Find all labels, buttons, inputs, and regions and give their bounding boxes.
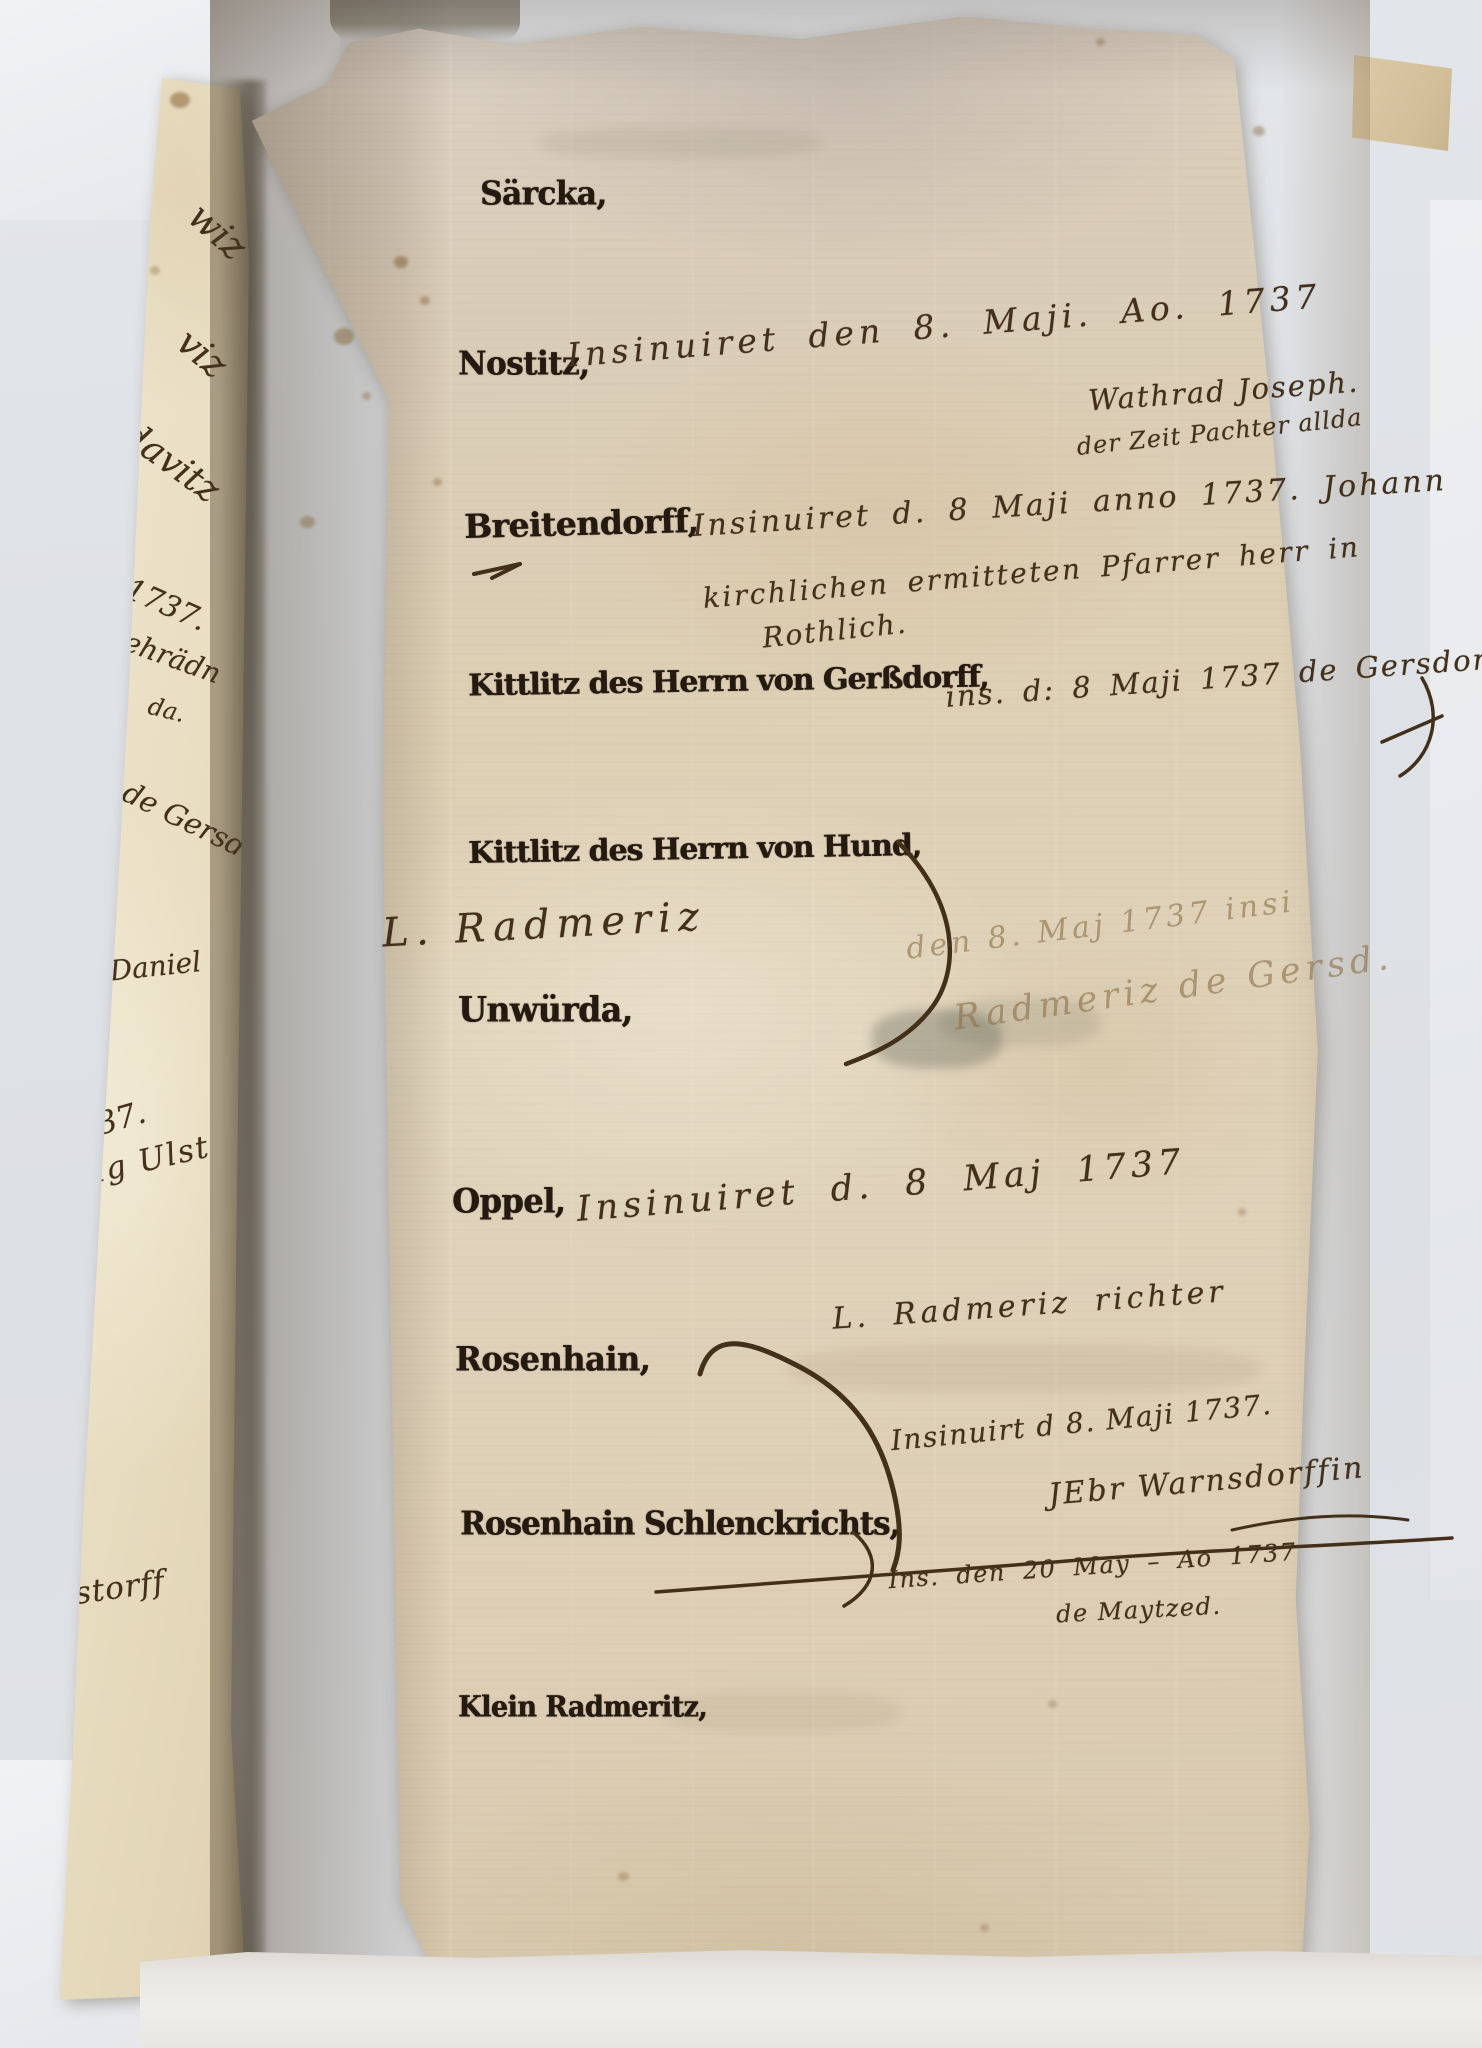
entry-label-klein-radmeritz: Klein Radmeritz, [458, 1691, 707, 1724]
foxing-spot [150, 266, 160, 275]
entry-label-oppel: Oppel, [452, 1181, 565, 1221]
foxing-spot [1253, 126, 1265, 136]
entry-label-rosenhain-schlenckrichts: Rosenhain Schlenckrichts, [460, 1505, 899, 1543]
manuscript-photo: wiz viz davitz ij 1737. Lehrädn da. 7: d… [0, 0, 1482, 2048]
entry-label-unwuerda: Unwürda, [458, 989, 633, 1030]
strip-fragment: 37 [27, 1359, 69, 1399]
foxing-spot [433, 478, 442, 486]
foxing-spot [1238, 1208, 1246, 1216]
strip-fragment: ij 1737. [94, 560, 213, 638]
entry-label-breitendorff: Breitendorff, [464, 501, 699, 546]
strip-fragment: Kalzig Ulst [16, 1129, 213, 1208]
foxing-spot [170, 92, 190, 108]
tissue-bottom-band [140, 1948, 1482, 2048]
verso-bleed [790, 1344, 1260, 1394]
foxing-spot [334, 328, 354, 345]
foxing-spot [618, 1872, 629, 1881]
verso-bleed [540, 128, 820, 158]
foxing-spot [980, 1924, 989, 1932]
strip-fragment: hann Daniel [29, 945, 203, 996]
foxing-spot [300, 516, 315, 528]
foxing-spot [1096, 38, 1105, 46]
entry-label-saercka: Särcka, [480, 175, 607, 213]
foxing-spot [1048, 1700, 1057, 1708]
strip-fragment: Lehrädn [102, 619, 225, 691]
foxing-spot [394, 256, 408, 268]
strip-fragment: Gerstorff [12, 1564, 167, 1621]
tissue-right-edge [1430, 200, 1482, 1600]
entry-label-rosenhain: Rosenhain, [455, 1339, 650, 1379]
strip-fragment: da. [145, 692, 188, 728]
foxing-spot [420, 296, 430, 305]
foxing-spot [362, 392, 371, 400]
